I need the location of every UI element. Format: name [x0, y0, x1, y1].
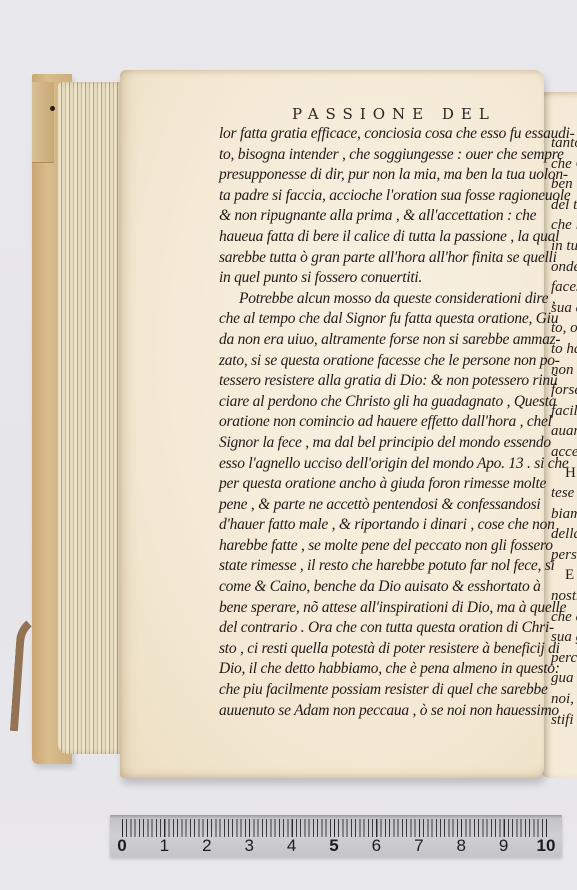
text-line: to, ouc: [551, 318, 577, 339]
left-page-text: lor fatta gratia efficace, conciosia cos…: [219, 124, 535, 721]
ruler-major-tick: [292, 819, 293, 837]
right-page-text-fragment: tanto c che Ch ben la del tutt che l'hu …: [551, 133, 577, 730]
text-line: to hau: [551, 339, 577, 360]
page-edges: [58, 82, 124, 754]
text-line: pene , & parte ne accettò pentendosi & c…: [219, 495, 535, 516]
ruler-major-tick: [249, 819, 250, 837]
ruler-label: 3: [244, 836, 253, 856]
text-line: biamo: [551, 504, 577, 525]
text-line: lor fatta gratia efficace, conciosia cos…: [219, 124, 535, 145]
text-line: stifi: [551, 710, 577, 731]
text-line: onde a: [551, 257, 577, 278]
cover-tear: [32, 82, 54, 163]
ruler-major-tick: [419, 819, 420, 837]
scale-ruler: 0 1 2 3 4 5 6 7 8 9 10: [110, 815, 562, 857]
ruler-label: 1: [160, 836, 169, 856]
text-line: del tutt: [551, 195, 577, 216]
text-line: che al tempo che dal Signor fu fatta que…: [219, 309, 535, 330]
ruler-label: 4: [287, 836, 296, 856]
text-line: auuenuto se Adam non peccaua , ò se noi …: [219, 701, 535, 722]
text-line: perc: [551, 648, 577, 669]
text-line: in tutti: [551, 236, 577, 257]
text-line: gua: [551, 668, 577, 689]
ruler-label: 7: [414, 836, 423, 856]
text-line: auan: [551, 421, 577, 442]
text-line: da non era uiuo, altramente forse non si…: [219, 330, 535, 351]
text-line: esso l'agnello ucciso dell'origin del mo…: [219, 454, 535, 475]
ruler-major-tick: [334, 819, 335, 837]
text-line: nostr: [551, 586, 577, 607]
text-line: ben la: [551, 174, 577, 195]
text-line: del contrario . Ora che con tutta questa…: [219, 618, 535, 639]
text-line: facili: [551, 401, 577, 422]
text-line: Dio, il che detto habbiamo, che è pena a…: [219, 659, 535, 680]
ruler-major-tick: [207, 819, 208, 837]
paragraph-start-line: H: [551, 463, 577, 484]
text-line: sua qu: [551, 298, 577, 319]
text-line: come & Caino, benche da Dio auisato & es…: [219, 577, 535, 598]
text-line: tese d: [551, 483, 577, 504]
paragraph-start-line: E: [551, 565, 577, 586]
running-head: PASSIONE DEL: [292, 105, 496, 123]
text-line: tessero resistere alla gratia di Dio: & …: [219, 371, 535, 392]
text-line: che l'hu: [551, 215, 577, 236]
text-line: che Ch: [551, 154, 577, 175]
ruler-label: 5: [329, 836, 338, 856]
text-line: ta padre si faccia, accioche l'oration s…: [219, 186, 535, 207]
text-line: accet: [551, 442, 577, 463]
text-line: haueua fatta di bere il calice di tutta …: [219, 227, 535, 248]
text-line: ciare al perdono che Christo gli ha guad…: [219, 392, 535, 413]
text-line: d'hauer fatto male , & riportando i dina…: [219, 515, 535, 536]
text-line: Signor la fece , ma dal bel principio de…: [219, 433, 535, 454]
text-line: state rimesse , il resto che harebbe pot…: [219, 556, 535, 577]
text-line: to, bisogna intender , che soggiungesse …: [219, 145, 535, 166]
ink-spot: [50, 106, 55, 111]
ruler-label: 0: [117, 836, 126, 856]
ruler-major-tick: [164, 819, 165, 837]
ruler-label: 8: [456, 836, 465, 856]
text-line: sarebbe tutta ò gran parte all'hora all'…: [219, 248, 535, 269]
ruler-label: 2: [202, 836, 211, 856]
text-line: non a: [551, 360, 577, 381]
ruler-major-tick: [122, 819, 123, 837]
text-line: noi,: [551, 689, 577, 710]
text-line: che c: [551, 607, 577, 628]
text-line: tanto c: [551, 133, 577, 154]
text-line: sua g: [551, 627, 577, 648]
ruler-major-tick: [504, 819, 505, 837]
ruler-major-tick: [546, 819, 547, 837]
text-line: forse: [551, 380, 577, 401]
text-line: sto , ci resti quella potestà di poter r…: [219, 639, 535, 660]
text-line: che piu facilmente possiam resister di q…: [219, 680, 535, 701]
paragraph-start-line: Potrebbe alcun mosso da queste considera…: [219, 289, 535, 310]
text-line: per questa oratione ancho à giuda foron …: [219, 474, 535, 495]
text-line: & non ripugnante alla prima , & all'acce…: [219, 206, 535, 227]
text-line: presupponesse di dir, pur non la mia, ma…: [219, 165, 535, 186]
text-line: perso: [551, 545, 577, 566]
book-photograph: PASSIONE DEL lor fatta gratia efficace, …: [0, 0, 577, 890]
ruler-label: 9: [499, 836, 508, 856]
text-line: della p: [551, 524, 577, 545]
text-line: harebbe fatte , se molte pene del peccat…: [219, 536, 535, 557]
ruler-major-tick: [461, 819, 462, 837]
text-line: bene sperare, nõ attese all'inspirationi…: [219, 598, 535, 619]
text-line: zato, si se questa oratione facesse che …: [219, 351, 535, 372]
ruler-label: 10: [537, 836, 556, 856]
ruler-label: 6: [372, 836, 381, 856]
ruler-major-tick: [376, 819, 377, 837]
text-line: in quel punto si fossero conuertiti.: [219, 268, 535, 289]
text-line: oratione non comincio ad hauere effetto …: [219, 412, 535, 433]
text-line: facesse: [551, 277, 577, 298]
